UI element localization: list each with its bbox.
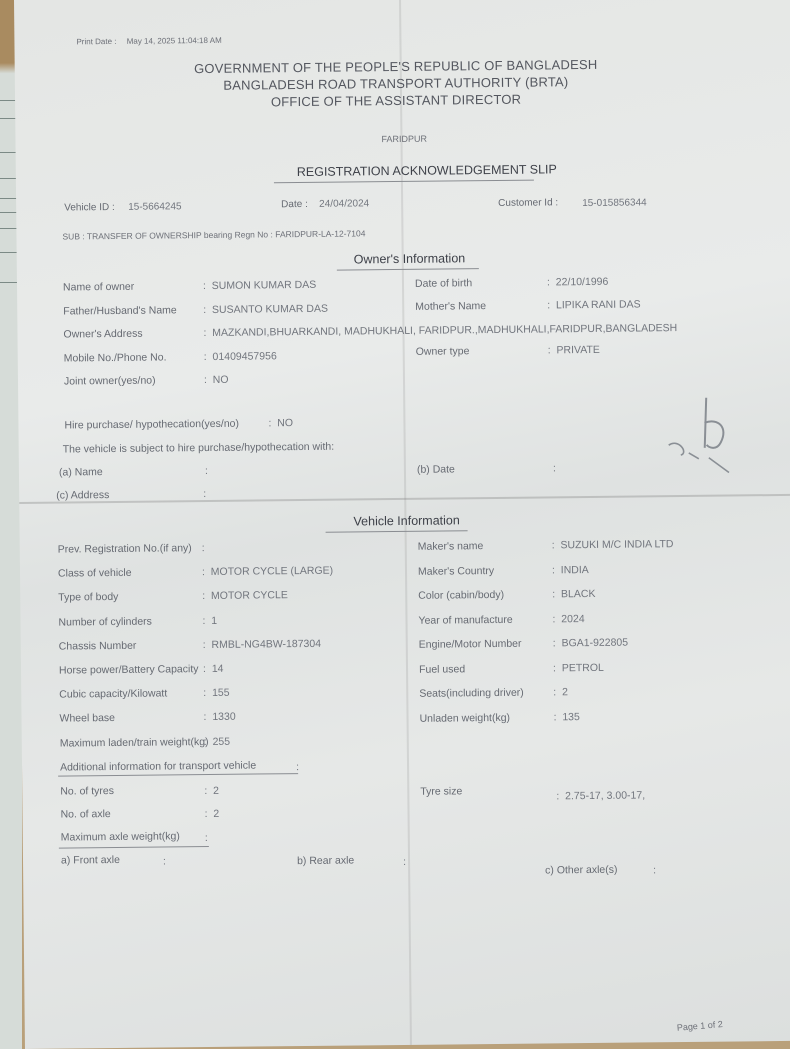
handwritten-signature-icon — [658, 392, 759, 483]
field-colon: : — [553, 711, 562, 723]
field-label: Fuel used — [419, 663, 465, 675]
field-label: Unladen weight(kg) — [419, 711, 510, 724]
field-label: Maker's name — [418, 540, 484, 553]
tyres-label: No. of tyres — [60, 785, 114, 798]
max-axle-label: Maximum axle weight(kg) — [61, 830, 180, 843]
field-label: Chassis Number — [59, 640, 137, 653]
field-value-text: NO — [213, 374, 229, 386]
field-label: Date of birth — [415, 277, 472, 290]
field-value: : INDIA — [552, 564, 589, 576]
tyre-size-value: : 2.75-17, 3.00-17, — [556, 789, 645, 802]
field-colon: : — [204, 374, 213, 386]
additional-underline — [58, 773, 298, 777]
hire-purchase-value: : NO — [268, 417, 293, 429]
page-number: Page 1 of 2 — [676, 1019, 723, 1033]
field-colon: : — [552, 588, 561, 600]
office-location: FARIDPUR — [381, 134, 427, 144]
field-label: Cubic capacity/Kilowatt — [59, 688, 167, 701]
field-colon: : — [202, 615, 211, 627]
field-colon: : — [203, 711, 212, 723]
field-label: Joint owner(yes/no) — [64, 375, 156, 388]
hire-address-colon: : — [203, 488, 206, 500]
field-value-text: 01409457956 — [212, 350, 276, 363]
field-value: : 2 — [553, 686, 568, 698]
front-axle-label: a) Front axle — [61, 854, 120, 867]
field-label: Wheel base — [59, 712, 115, 725]
field-colon: : — [203, 327, 212, 339]
field-value-text: SUMON KUMAR DAS — [212, 279, 317, 292]
field-value: : MOTOR CYCLE (LARGE) — [202, 565, 333, 578]
field-colon: : — [552, 564, 561, 576]
additional-info-colon: : — [296, 761, 299, 773]
hire-date-label: (b) Date — [417, 463, 455, 475]
field-value-text: BGA1-922805 — [561, 637, 628, 650]
field-colon: : — [553, 662, 562, 674]
vehicle-section-title: Vehicle Information — [353, 513, 459, 528]
hire-name-label: (a) Name — [59, 466, 103, 478]
field-value: : RMBL-NG4BW-187304 — [203, 638, 321, 651]
field-value-text: BLACK — [561, 588, 596, 600]
subject-line: SUB : TRANSFER OF OWNERSHIP bearing Regn… — [62, 228, 365, 241]
field-value: : 1330 — [203, 711, 235, 723]
field-colon: : — [552, 539, 561, 551]
field-label: Maker's Country — [418, 565, 494, 578]
date-label: Date : — [281, 199, 308, 210]
field-label: Name of owner — [63, 281, 134, 294]
field-value: : SUSANTO KUMAR DAS — [203, 302, 328, 315]
field-label: Color (cabin/body) — [418, 589, 504, 602]
field-colon: : — [204, 736, 213, 748]
field-label: Owner type — [416, 345, 470, 358]
field-value-text: INDIA — [561, 564, 589, 576]
field-colon: : — [203, 663, 212, 675]
field-value: : SUZUKI M/C INDIA LTD — [552, 538, 674, 551]
axle-label: No. of axle — [60, 808, 110, 821]
field-label: Number of cylinders — [58, 615, 151, 628]
field-label: Class of vehicle — [58, 567, 132, 580]
field-value: : BLACK — [552, 588, 595, 600]
field-value-text: RMBL-NG4BW-187304 — [211, 638, 321, 651]
other-axle-colon: : — [653, 864, 656, 876]
field-value-text: PRIVATE — [556, 344, 599, 356]
vehicle-title-underline — [326, 530, 468, 532]
field-colon: : — [202, 542, 211, 554]
hire-address-label: (c) Address — [56, 489, 109, 502]
field-value: : — [202, 542, 211, 554]
field-label: Prev. Registration No.(if any) — [58, 542, 192, 555]
print-date-value: May 14, 2025 11:04:18 AM — [127, 36, 222, 46]
slip-title: REGISTRATION ACKNOWLEDGEMENT SLIP — [297, 162, 557, 179]
field-value-text: 2 — [562, 686, 568, 698]
hire-name-colon: : — [205, 465, 208, 477]
field-colon: : — [553, 686, 562, 698]
max-axle-colon: : — [205, 832, 208, 844]
field-label: Owner's Address — [63, 328, 142, 341]
rear-axle-label: b) Rear axle — [297, 854, 354, 867]
field-label: Engine/Motor Number — [419, 638, 522, 651]
field-value: : MOTOR CYCLE — [202, 590, 288, 603]
date-value: 24/04/2024 — [319, 198, 369, 210]
tyres-value: : 2 — [204, 785, 219, 797]
registration-slip-page: Print Date : May 14, 2025 11:04:18 AM GO… — [14, 0, 790, 1049]
owner-section-title: Owner's Information — [354, 251, 466, 266]
field-colon: : — [553, 637, 562, 649]
field-value: : BGA1-922805 — [553, 637, 628, 650]
owner-title-underline — [337, 268, 479, 270]
field-value: : 14 — [203, 663, 224, 675]
field-value-text: MOTOR CYCLE (LARGE) — [211, 565, 333, 578]
field-value-text: LIPIKA RANI DAS — [556, 298, 641, 311]
customer-id-label: Customer Id : — [498, 197, 558, 209]
field-value: : 2024 — [552, 613, 584, 625]
hire-purchase-label: Hire purchase/ hypothecation(yes/no) — [64, 418, 239, 432]
print-date-label: Print Date : — [76, 37, 116, 46]
field-value: : 255 — [204, 735, 230, 747]
max-axle-underline — [59, 846, 209, 849]
field-label: Mobile No./Phone No. — [64, 351, 167, 364]
field-value-text: 14 — [212, 663, 224, 675]
field-value-text: SUSANTO KUMAR DAS — [212, 302, 328, 315]
other-axle-label: c) Other axle(s) — [545, 864, 617, 877]
hire-date-colon: : — [553, 462, 556, 474]
print-date: Print Date : May 14, 2025 11:04:18 AM — [76, 36, 221, 47]
field-colon: : — [203, 303, 212, 315]
field-value: : 1 — [202, 615, 217, 627]
axle-value: : 2 — [204, 808, 219, 820]
additional-info-label: Additional information for transport veh… — [60, 760, 256, 774]
field-colon: : — [552, 613, 561, 625]
field-value-text: 22/10/1996 — [556, 276, 609, 289]
field-value: : SUMON KUMAR DAS — [203, 279, 316, 292]
field-value-text: 255 — [212, 735, 230, 747]
field-value-text: MAZKANDI,BHUARKANDI, MADHUKHALI, FARIDPU… — [212, 322, 677, 339]
field-colon: : — [203, 280, 212, 292]
field-value-text: MOTOR CYCLE — [211, 590, 288, 603]
field-value: : MAZKANDI,BHUARKANDI, MADHUKHALI, FARID… — [203, 322, 677, 339]
field-label: Mother's Name — [415, 300, 486, 313]
field-label: Seats(including driver) — [419, 687, 524, 700]
field-value: : LIPIKA RANI DAS — [547, 298, 641, 311]
field-value: : PRIVATE — [548, 344, 600, 357]
field-value-text: 2024 — [561, 613, 584, 625]
customer-id-value: 15-015856344 — [582, 197, 647, 209]
field-value-text: PETROL — [562, 661, 604, 673]
rear-axle-colon: : — [403, 856, 406, 868]
field-colon: : — [202, 590, 211, 602]
field-value-text: 1330 — [212, 711, 235, 723]
vehicle-id-label: Vehicle ID : — [64, 202, 115, 214]
field-value: : 01409457956 — [204, 350, 277, 363]
field-label: Maximum laden/train weight(kg) — [60, 736, 209, 750]
field-colon: : — [203, 639, 212, 651]
field-colon: : — [202, 566, 211, 578]
field-value-text: 135 — [562, 711, 580, 723]
field-colon: : — [204, 350, 213, 362]
field-label: Father/Husband's Name — [63, 304, 177, 317]
field-value-text: SUZUKI M/C INDIA LTD — [560, 538, 673, 551]
field-value-text: 1 — [211, 615, 217, 627]
field-label: Year of manufacture — [418, 613, 512, 626]
field-value: : NO — [204, 374, 229, 386]
field-label: Horse power/Battery Capacity — [59, 663, 199, 676]
title-underline — [274, 180, 534, 184]
field-value: : PETROL — [553, 661, 604, 674]
hire-note: The vehicle is subject to hire purchase/… — [63, 441, 335, 456]
field-value: : 155 — [203, 687, 229, 699]
field-value: : 22/10/1996 — [547, 276, 608, 289]
field-colon: : — [203, 687, 212, 699]
vehicle-id-value: 15-5664245 — [128, 201, 182, 213]
field-label: Type of body — [58, 591, 118, 604]
field-value: : 135 — [553, 711, 579, 723]
tyre-size-label: Tyre size — [420, 785, 462, 797]
field-value-text: 155 — [212, 687, 230, 699]
front-axle-colon: : — [163, 855, 166, 867]
